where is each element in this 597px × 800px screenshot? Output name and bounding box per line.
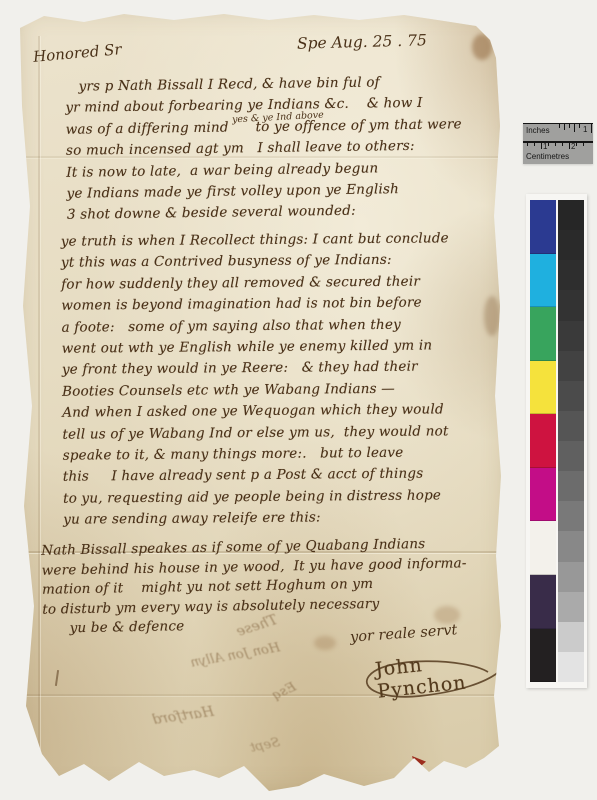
- ruler-tick: [569, 124, 570, 128]
- gray-step: [558, 441, 584, 471]
- paper-stain: [472, 34, 492, 60]
- gray-step: [558, 260, 584, 290]
- gray-step: [558, 230, 584, 260]
- ruler-tick: [579, 124, 580, 128]
- ruler-tick: [583, 142, 584, 146]
- manuscript-line: yu are sending away releife ere this:: [63, 507, 451, 532]
- color-patch: [530, 361, 556, 415]
- letter-paragraph-1: yrs p Nath Bissall I Recd, & have bin fu…: [65, 71, 463, 226]
- gray-step: [558, 531, 584, 561]
- gray-step: [558, 501, 584, 531]
- grayscale-column: [558, 200, 584, 682]
- ruler-tick: [591, 124, 592, 133]
- fold-crease: [38, 36, 40, 756]
- gray-step: [558, 592, 584, 622]
- manuscript-line: to yu, requesting aid ye people being in…: [63, 485, 451, 510]
- cm-mark-2: 2: [571, 143, 575, 151]
- color-patch: [530, 200, 556, 254]
- gray-step: [558, 351, 584, 381]
- measurement-scale: Inches 1 1 2 Centimetres: [523, 123, 593, 164]
- photograph-stage: Honored Sr Spe Aug. 25 . 75 yes & ye Ind…: [0, 0, 597, 800]
- color-patch: [530, 629, 556, 683]
- gray-step: [558, 290, 584, 320]
- stray-pen-stroke: [55, 670, 59, 686]
- color-patch: [530, 521, 556, 575]
- wax-seal-remnant: [412, 756, 426, 770]
- gray-step: [558, 562, 584, 592]
- verso-show-through: Hartford: [151, 704, 215, 728]
- paper-stain: [314, 636, 336, 650]
- manuscript-line: women is beyond imagination had is not b…: [61, 293, 449, 318]
- inch-mark-1: 1: [583, 126, 587, 134]
- ruler-tick: [569, 142, 570, 149]
- manuscript-line: yt this was a Contrived busyness of ye I…: [61, 250, 449, 275]
- manuscript-line: And when I asked one ye Wequogan which t…: [62, 400, 450, 425]
- letter-dateline: Spe Aug. 25 . 75: [297, 31, 427, 52]
- gray-step: [558, 200, 584, 230]
- inches-label: Inches: [526, 127, 550, 135]
- ruler-tick: [559, 124, 560, 128]
- verso-show-through: Esq: [270, 680, 299, 704]
- ruler-tick: [574, 124, 575, 132]
- signature-block: John Pynchon: [356, 642, 508, 702]
- verso-show-through: Sept: [249, 735, 282, 756]
- ruler-tick: [541, 142, 542, 149]
- ruler-tick: [527, 142, 528, 146]
- ruler-tick: [562, 142, 563, 146]
- manuscript-line: 3 shot downe & beside several wounded:: [67, 200, 463, 227]
- gray-step: [558, 652, 584, 682]
- letter-paragraph-2: ye truth is when I Recollect things: I c…: [61, 228, 452, 531]
- ruler-tick: [555, 142, 556, 146]
- gray-step: [558, 622, 584, 652]
- verso-show-through: Hon Jon Allyn: [189, 640, 281, 671]
- gray-step: [558, 411, 584, 441]
- color-calibration-bar: [526, 194, 587, 688]
- color-patch: [530, 575, 556, 629]
- cm-mark-1: 1: [543, 143, 547, 151]
- color-patch: [530, 468, 556, 522]
- ruler-tick: [564, 124, 565, 130]
- gray-step: [558, 471, 584, 501]
- gray-step: [558, 321, 584, 351]
- ruler-tick: [534, 142, 535, 146]
- color-patch-column: [530, 200, 556, 682]
- letter-salutation: Honored Sr: [32, 40, 122, 66]
- centimetres-label: Centimetres: [526, 153, 569, 161]
- ruler-tick: [548, 142, 549, 146]
- gray-step: [558, 381, 584, 411]
- paper-stain: [484, 296, 500, 336]
- manuscript-letter: Honored Sr Spe Aug. 25 . 75 yes & ye Ind…: [14, 6, 510, 796]
- ruler-tick: [576, 142, 577, 146]
- color-patch: [530, 414, 556, 468]
- color-patch: [530, 254, 556, 308]
- color-patch: [530, 307, 556, 361]
